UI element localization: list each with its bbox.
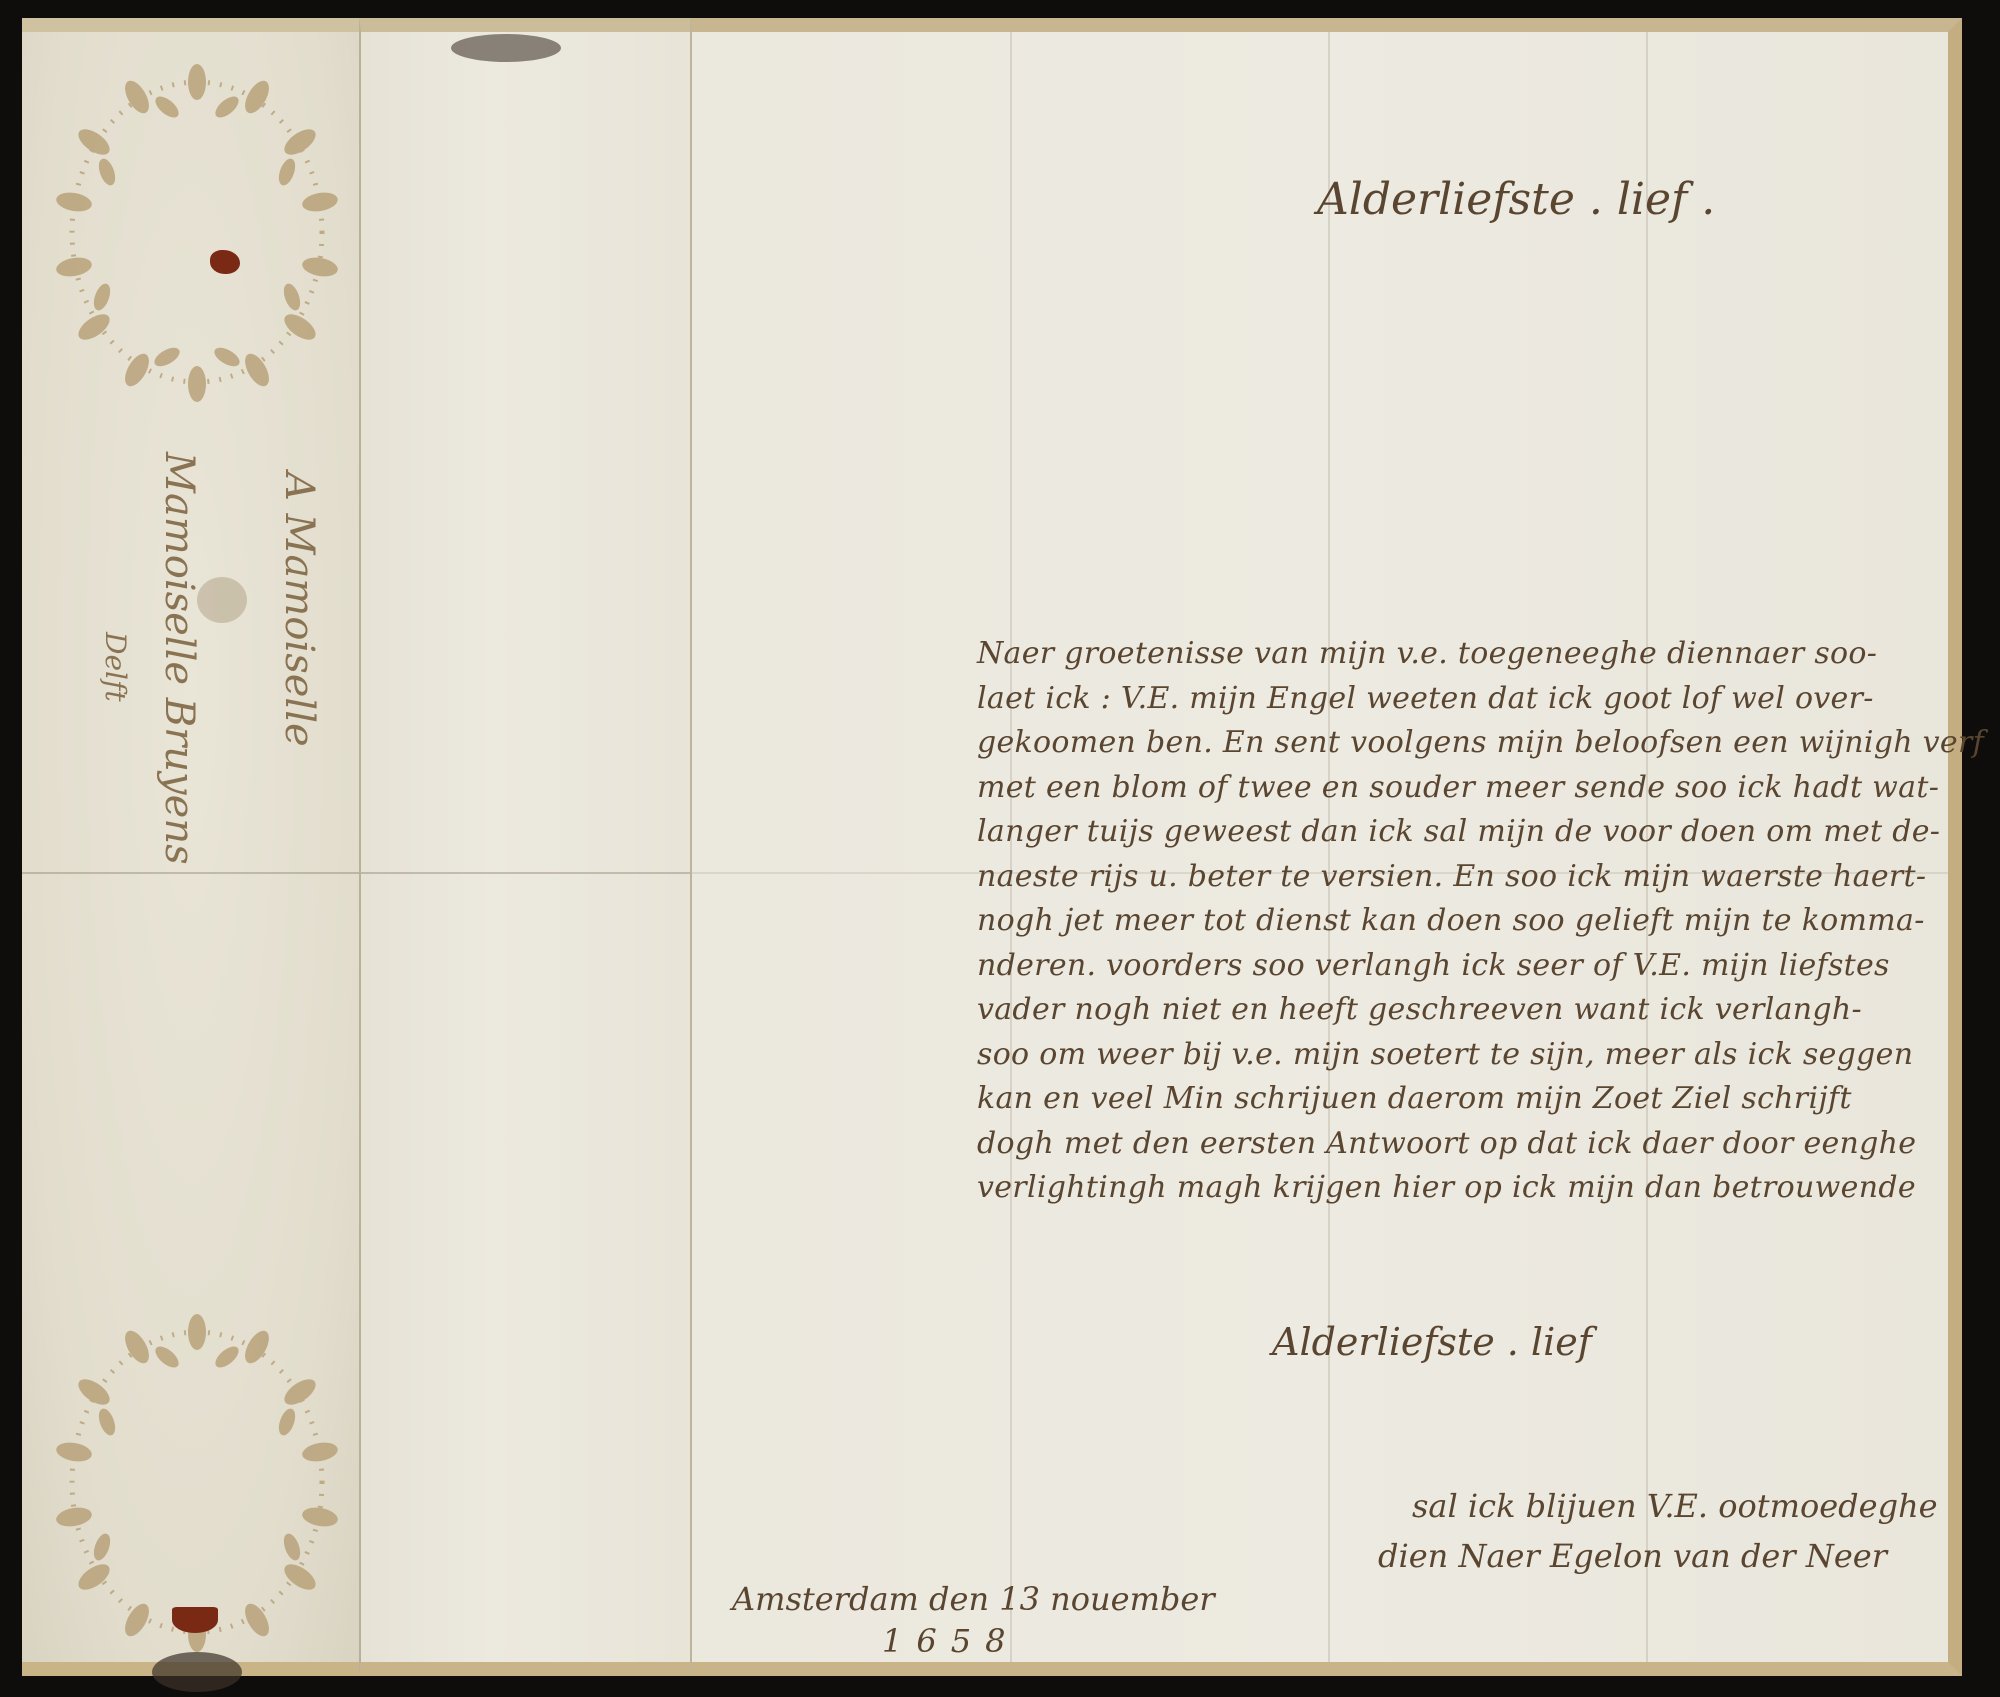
body-line: langer tuijs geweest dan ick sal mijn de…: [977, 810, 1937, 855]
fold-line: [22, 872, 359, 874]
address-line-2: Mamoiselle Bruyens: [156, 452, 202, 865]
address-line-3: Delft: [99, 632, 132, 702]
body-line: gekoomen ben. En sent voolgens mijn belo…: [977, 721, 1937, 766]
year: 1658: [882, 1622, 1019, 1660]
body-line: laet ick : V.E. mijn Engel weeten dat ic…: [977, 677, 1937, 722]
body-line: verlightingh magh krijgen hier op ick mi…: [977, 1166, 1937, 1211]
address-block: A Mamoiselle Mamoiselle Bruyens Delft: [62, 452, 342, 872]
body-line: naeste rijs u. beter te versien. En soo …: [977, 855, 1937, 900]
body-line: met een blom of twee en souder meer send…: [977, 766, 1937, 811]
body-line: soo om weer bij v.e. mijn soetert te sij…: [977, 1033, 1937, 1078]
closing-salutation: Alderliefste . lief: [1272, 1320, 1592, 1364]
letter-body: Naer groetenisse van mijn v.e. toegeneeg…: [977, 632, 1937, 1211]
place-date: Amsterdam den 13 nouember: [732, 1580, 1215, 1618]
letter-sheet: A Mamoiselle Mamoiselle Bruyens Delft: [22, 18, 1962, 1676]
letter-panel: Alderliefste . lief . Naer groetenisse v…: [690, 18, 1962, 1676]
body-line: nderen. voorders soo verlangh ick seer o…: [977, 944, 1937, 989]
ink-blot: [152, 1652, 242, 1692]
wax-seal-fragment-bottom: [172, 1607, 218, 1633]
laurel-wreath-top-icon: [42, 52, 352, 412]
wax-seal-fragment-top: [210, 250, 240, 274]
salutation: Alderliefste . lief .: [1317, 174, 1715, 225]
signoff-line-1: sal ick blijuen V.E. ootmoedeghe: [1412, 1487, 1938, 1525]
body-line: nogh jet meer tot dienst kan doen soo ge…: [977, 899, 1937, 944]
address-line-1: A Mamoiselle: [276, 472, 322, 747]
blank-panel: [359, 18, 690, 1676]
ink-blot: [451, 34, 561, 62]
signature: dien Naer Egelon van der Neer: [1378, 1537, 1887, 1575]
body-line: vader nogh niet en heeft geschreeven wan…: [977, 988, 1937, 1033]
fold-line: [361, 872, 690, 874]
body-line: Naer groetenisse van mijn v.e. toegeneeg…: [977, 632, 1937, 677]
body-line: kan en veel Min schrijuen daerom mijn Zo…: [977, 1077, 1937, 1122]
address-panel: A Mamoiselle Mamoiselle Bruyens Delft: [22, 18, 359, 1676]
body-line: dogh met den eersten Antwoort op dat ick…: [977, 1122, 1937, 1167]
